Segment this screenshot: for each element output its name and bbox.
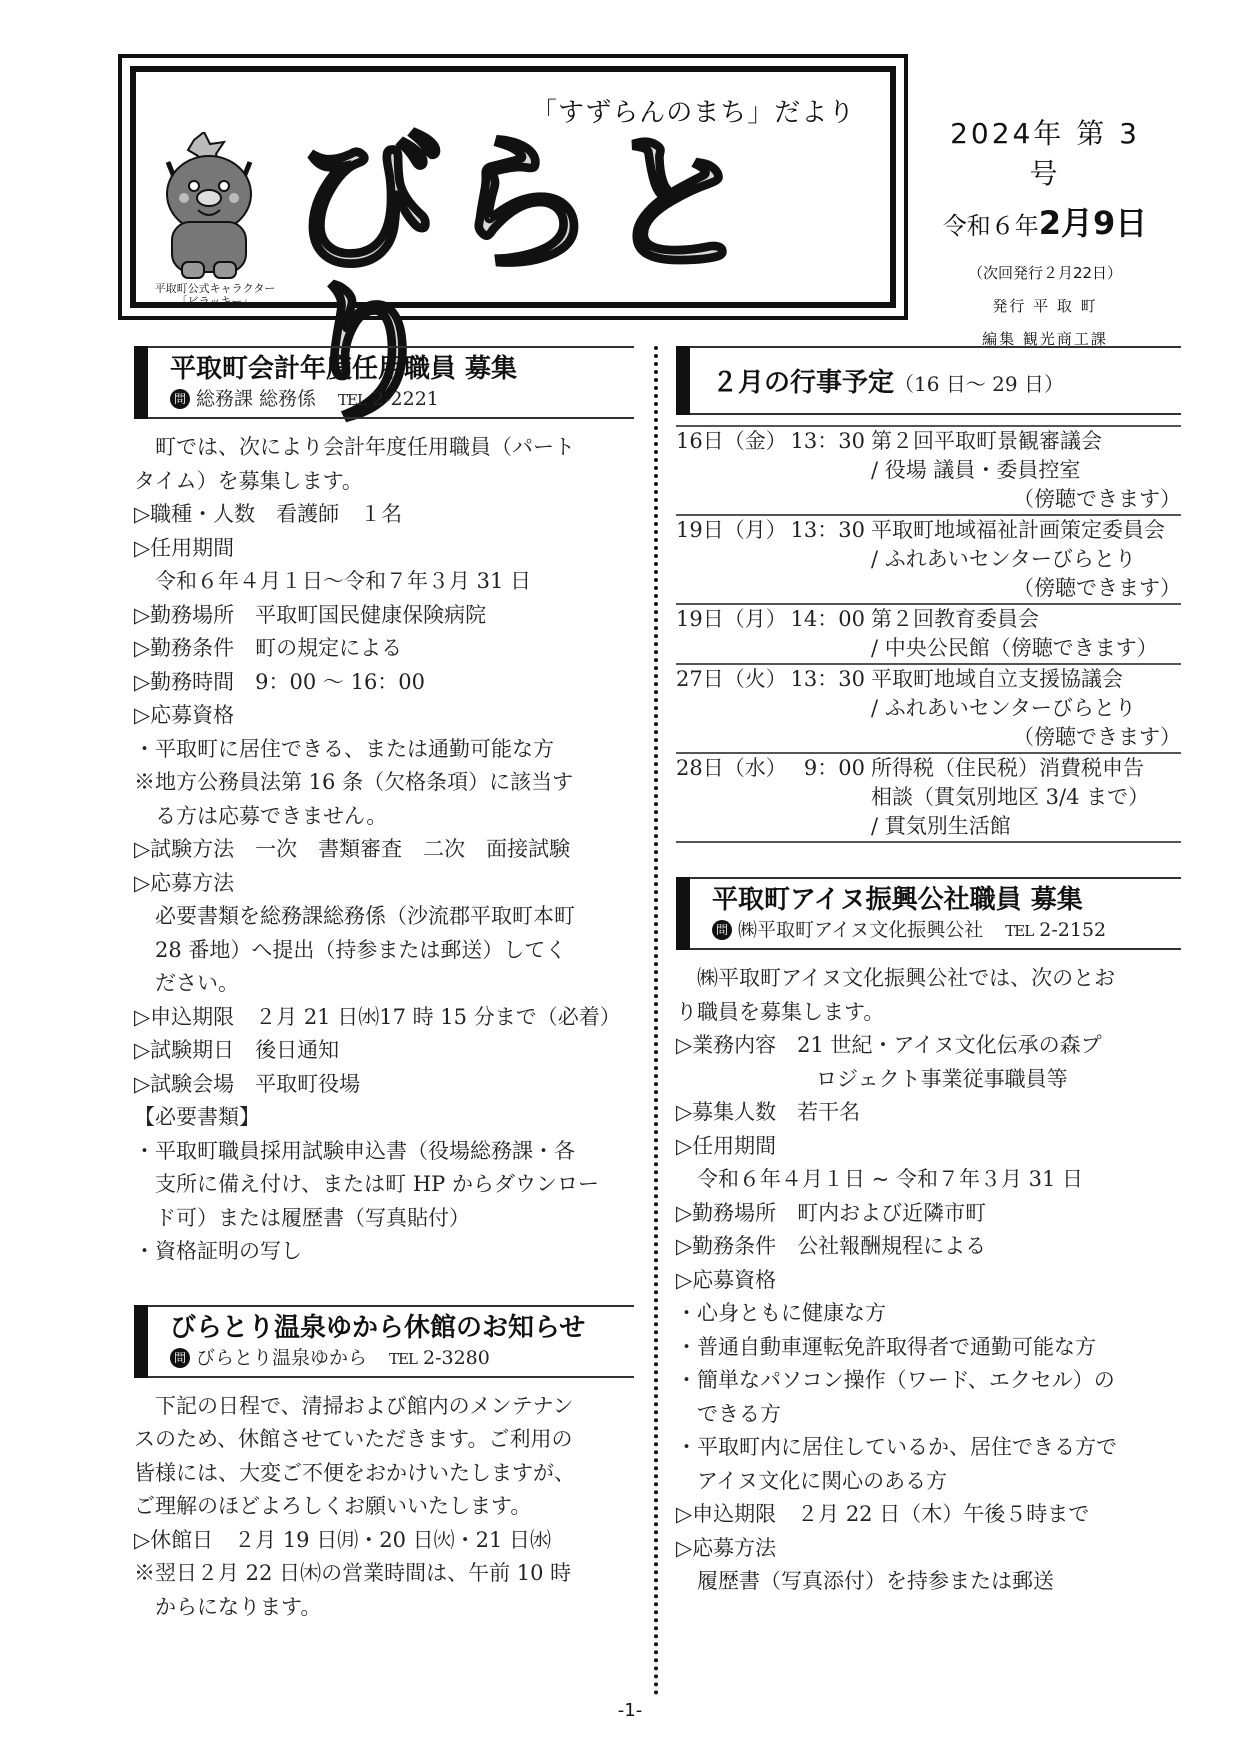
event-row: 16日（金）13：30第２回平取町景観審議会/ 役場 議員・委員控室（傍聴できま… (676, 427, 1181, 516)
event-row: 28日（水）9：00所得税（住民税）消費税申告相談（貫気別地区 3/4 まで）/… (676, 754, 1181, 843)
event-line: 平取町地域福祉計画策定委員会 (871, 516, 1181, 545)
section-header-staff-recruit: 平取町会計年度任用職員 募集 問総務課 総務係TEL 2-2221 (134, 346, 634, 419)
tel: TEL 2-3280 (389, 1347, 490, 1369)
masthead: 平取町公式キャラクター 「ビラッキー」 「すずらんのまち」だより びらとり (118, 54, 908, 320)
tel: TEL 2-2221 (338, 388, 439, 410)
section-body-staff-recruit: 町では、次により会計年度任用職員（パートタイム）を募集します。▷職種・人数 看護… (134, 431, 634, 1269)
text-line: ▷任用期間 (676, 1130, 1181, 1164)
event-date: 19日（月） (676, 516, 776, 603)
column-divider (654, 346, 658, 1696)
text-line: ▷試験方法 一次 書類審査 二次 面接試験 (134, 833, 634, 867)
mascot-caption-line2: 「ビラッキー」 (140, 295, 290, 308)
event-description: 第２回平取町景観審議会/ 役場 議員・委員控室（傍聴できます） (871, 427, 1181, 514)
event-row: 19日（月）13：30平取町地域福祉計画策定委員会/ ふれあいセンターびらとり（… (676, 516, 1181, 605)
text-line: り職員を募集します。 (676, 996, 1181, 1030)
event-note: （傍聴できます） (871, 574, 1181, 603)
event-description: 第２回教育委員会/ 中央公民館（傍聴できます） (871, 605, 1181, 663)
text-line: ド可）または履歴書（写真貼付） (134, 1202, 634, 1236)
section-title: 平取町アイヌ振興公社職員 募集 (712, 883, 1181, 917)
left-column: 平取町会計年度任用職員 募集 問総務課 総務係TEL 2-2221 町では、次に… (134, 346, 634, 1624)
tel: TEL 2-2152 (1005, 919, 1106, 941)
event-date: 16日（金） (676, 427, 776, 514)
event-date: 19日（月） (676, 605, 776, 663)
event-line: / ふれあいセンターびらとり (871, 694, 1181, 723)
section-header-onsen-closure: びらとり温泉ゆから休館のお知らせ 問びらとり温泉ゆからTEL 2-3280 (134, 1305, 634, 1378)
text-line: ▷応募方法 (676, 1532, 1181, 1566)
section-title: 平取町会計年度任用職員 募集 (170, 352, 634, 386)
text-line: ▷休館日 ２月 19 日㈪・20 日㈫・21 日㈬ (134, 1524, 634, 1558)
event-date: 27日（火） (676, 665, 776, 752)
issue-number: 2024年 第 3 号 (930, 112, 1160, 192)
event-line: 第２回平取町景観審議会 (871, 427, 1181, 456)
section-body-ainu-recruit: ㈱平取町アイヌ文化振興公社では、次のとおり職員を募集します。▷業務内容 21 世… (676, 962, 1181, 1599)
events-range: （16 日～ 29 日） (894, 372, 1064, 396)
mascot-caption: 平取町公式キャラクター 「ビラッキー」 (140, 282, 290, 308)
text-line: ※地方公務員法第 16 条（欠格条項）に該当す (134, 766, 634, 800)
event-time: 13：30 (776, 516, 871, 603)
inquiry-icon: 問 (170, 389, 190, 409)
text-line: ▷勤務条件 公社報酬規程による (676, 1230, 1181, 1264)
text-line: 皆様には、大変ご不便をおかけいたしますが、 (134, 1457, 634, 1491)
event-description: 平取町地域福祉計画策定委員会/ ふれあいセンターびらとり（傍聴できます） (871, 516, 1181, 603)
text-line: ▷勤務場所 平取町国民健康保険病院 (134, 599, 634, 633)
text-line: ださい。 (134, 967, 634, 1001)
section-title: びらとり温泉ゆから休館のお知らせ (170, 1311, 634, 1345)
event-note: （傍聴できます） (871, 723, 1181, 752)
event-line: 相談（貫気別地区 3/4 まで） (871, 783, 1181, 812)
issue-date-era: 令和６年 (943, 212, 1039, 240)
text-line: 【必要書類】 (134, 1101, 634, 1135)
event-time: 13：30 (776, 665, 871, 752)
tel-number: 2-2152 (1039, 919, 1106, 941)
text-line: ▷試験会場 平取町役場 (134, 1068, 634, 1102)
text-line: ▷任用期間 (134, 532, 634, 566)
event-time: 13：30 (776, 427, 871, 514)
section-body-onsen-closure: 下記の日程で、清掃および館内のメンテナンスのため、休館させていただきます。ご利用… (134, 1390, 634, 1625)
text-line: ㈱平取町アイヌ文化振興公社では、次のとお (676, 962, 1181, 996)
tel-number: 2-3280 (423, 1347, 490, 1369)
tel-label: TEL (338, 391, 366, 409)
text-line: タイム）を募集します。 (134, 465, 634, 499)
right-column: ２月の行事予定（16 日～ 29 日） 16日（金）13：30第２回平取町景観審… (676, 346, 1181, 1599)
mascot-biraki-icon (154, 132, 264, 282)
text-line: ▷勤務条件 町の規定による (134, 632, 634, 666)
text-line: 28 番地）へ提出（持参または郵送）してく (134, 934, 634, 968)
inquiry-icon: 問 (712, 920, 732, 940)
tel-label: TEL (389, 1350, 417, 1368)
section-header-ainu-recruit: 平取町アイヌ振興公社職員 募集 問㈱平取町アイヌ文化振興公社TEL 2-2152 (676, 877, 1181, 950)
text-line: ※翌日２月 22 日㈭の営業時間は、午前 10 時 (134, 1557, 634, 1591)
text-line: ▷申込期限 ２月 21 日㈬17 時 15 分まで（必着） (134, 1001, 634, 1035)
event-line: 所得税（住民税）消費税申告 (871, 754, 1181, 783)
issue-date-day: 2月9日 (1039, 204, 1148, 242)
text-line: 履歴書（写真添付）を持参または郵送 (676, 1565, 1181, 1599)
event-note: （傍聴できます） (871, 485, 1181, 514)
text-line: ・簡単なパソコン操作（ワード、エクセル）の (676, 1364, 1181, 1398)
text-line: ロジェクト事業従事職員等 (676, 1063, 1181, 1097)
event-description: 所得税（住民税）消費税申告相談（貫気別地区 3/4 まで）/ 貫気別生活館 (871, 754, 1181, 841)
inquiry-icon: 問 (170, 1348, 190, 1368)
event-line: 第２回教育委員会 (871, 605, 1181, 634)
text-line: ▷職種・人数 看護師 １名 (134, 498, 634, 532)
tel-number: 2-2221 (372, 388, 439, 410)
section-header-events: ２月の行事予定（16 日～ 29 日） (676, 346, 1181, 415)
text-line: スのため、休館させていただきます。ご利用の (134, 1423, 634, 1457)
section-contact: 問びらとり温泉ゆからTEL 2-3280 (170, 1345, 634, 1372)
text-line: ・心身ともに健康な方 (676, 1297, 1181, 1331)
publisher: 発行 平 取 町 (930, 295, 1160, 316)
text-line: 町では、次により会計年度任用職員（パート (134, 431, 634, 465)
text-line: からになります。 (134, 1591, 634, 1625)
text-line: る方は応募できません。 (134, 800, 634, 834)
event-description: 平取町地域自立支援協議会/ ふれあいセンターびらとり（傍聴できます） (871, 665, 1181, 752)
event-line: / 役場 議員・委員控室 (871, 456, 1181, 485)
text-line: ・資格証明の写し (134, 1235, 634, 1269)
text-line: ▷応募方法 (134, 867, 634, 901)
contact-dept: びらとり温泉ゆから (196, 1347, 367, 1369)
text-line: ▷勤務場所 町内および近隣市町 (676, 1197, 1181, 1231)
text-line: ▷応募資格 (134, 699, 634, 733)
text-line: ・平取町に居住できる、または通勤可能な方 (134, 733, 634, 767)
text-line: できる方 (676, 1398, 1181, 1432)
text-line: ▷業務内容 21 世紀・アイヌ文化伝承の森プ (676, 1029, 1181, 1063)
text-line: 下記の日程で、清掃および館内のメンテナン (134, 1390, 634, 1424)
mascot-caption-line1: 平取町公式キャラクター (140, 282, 290, 295)
text-line: 令和６年４月１日～令和７年３月 31 日 (134, 565, 634, 599)
event-date: 28日（水） (676, 754, 776, 841)
event-time: 9：00 (776, 754, 871, 841)
event-line: / ふれあいセンターびらとり (871, 545, 1181, 574)
masthead-inner-frame: 平取町公式キャラクター 「ビラッキー」 「すずらんのまち」だより びらとり (130, 66, 896, 308)
event-line: / 中央公民館（傍聴できます） (871, 634, 1181, 663)
event-line: 平取町地域自立支援協議会 (871, 665, 1181, 694)
text-line: アイヌ文化に関心のある方 (676, 1465, 1181, 1499)
next-issue: （次回発行２月22日） (930, 262, 1160, 283)
text-line: 必要書類を総務課総務係（沙流郡平取町本町 (134, 900, 634, 934)
events-title: ２月の行事予定 (712, 368, 894, 398)
section-contact: 問総務課 総務係TEL 2-2221 (170, 386, 634, 413)
section-contact: 問㈱平取町アイヌ文化振興公社TEL 2-2152 (712, 917, 1181, 944)
issue-info: 2024年 第 3 号 令和６年2月9日 （次回発行２月22日） 発行 平 取 … (930, 112, 1160, 349)
event-row: 19日（月）14：00第２回教育委員会/ 中央公民館（傍聴できます） (676, 605, 1181, 665)
text-line: ▷応募資格 (676, 1264, 1181, 1298)
text-line: ▷申込期限 ２月 22 日（木）午後５時まで (676, 1498, 1181, 1532)
text-line: ・平取町職員採用試験申込書（役場総務課・各 (134, 1135, 634, 1169)
text-line: ・平取町内に居住しているか、居住できる方で (676, 1431, 1181, 1465)
page-number: -1- (600, 1700, 660, 1721)
text-line: 令和６年４月１日 ~ 令和７年３月 31 日 (676, 1163, 1181, 1197)
text-line: 支所に備え付け、または町 HP からダウンロー (134, 1168, 634, 1202)
text-line: ▷募集人数 若干名 (676, 1096, 1181, 1130)
event-row: 27日（火）13：30平取町地域自立支援協議会/ ふれあいセンターびらとり（傍聴… (676, 665, 1181, 754)
event-line: / 貫気別生活館 (871, 812, 1181, 841)
issue-date: 令和６年2月9日 (930, 198, 1160, 244)
contact-dept: 総務課 総務係 (196, 388, 316, 410)
events-table: 16日（金）13：30第２回平取町景観審議会/ 役場 議員・委員控室（傍聴できま… (676, 425, 1181, 843)
text-line: ご理解のほどよろしくお願いいたします。 (134, 1490, 634, 1524)
text-line: ▷勤務時間 9：00 ～ 16：00 (134, 666, 634, 700)
event-time: 14：00 (776, 605, 871, 663)
text-line: ・普通自動車運転免許取得者で通勤可能な方 (676, 1331, 1181, 1365)
contact-dept: ㈱平取町アイヌ文化振興公社 (738, 919, 983, 941)
text-line: ▷試験期日 後日通知 (134, 1034, 634, 1068)
tel-label: TEL (1005, 922, 1033, 940)
